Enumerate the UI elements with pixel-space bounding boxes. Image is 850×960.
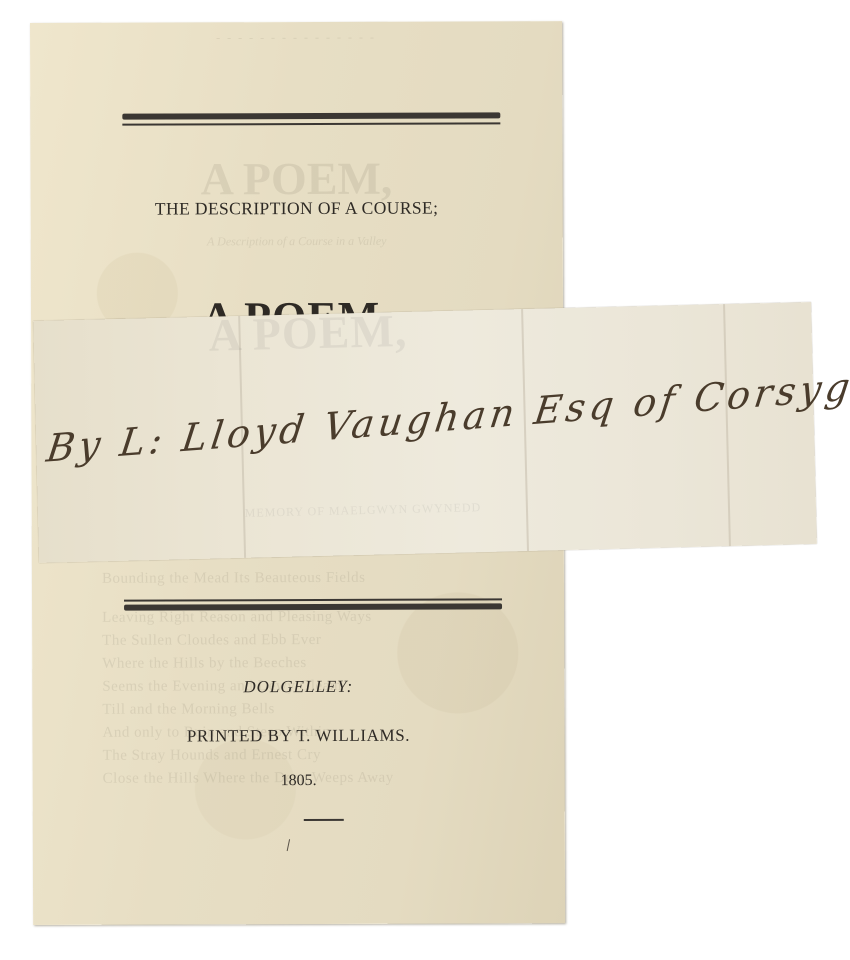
handwritten-attribution: By L: Lloyd Vaughan Esq of Corsygedol bbox=[44, 357, 850, 471]
show-through-line: A Description of a Course in a Valley bbox=[31, 233, 563, 250]
printer-line: PRINTED BY T. WILLIAMS. bbox=[32, 725, 564, 747]
imprint-place: DOLGELLEY: bbox=[32, 676, 564, 698]
top-rule-thick bbox=[122, 112, 500, 119]
slip-fold bbox=[723, 304, 731, 546]
closing-rule bbox=[304, 819, 344, 821]
show-through-header: - - - - - - - - - - - - - - - bbox=[30, 29, 562, 46]
slip-show-through-caption: MEMORY OF MAELGWYN GWYNEDD bbox=[213, 499, 513, 521]
slip-show-through-title: A POEM, bbox=[208, 304, 408, 362]
top-rule-thin bbox=[122, 122, 500, 125]
title-line: THE DESCRIPTION OF A COURSE; bbox=[31, 197, 563, 220]
year: 1805. bbox=[33, 771, 565, 791]
manuscript-slip: A POEM, MEMORY OF MAELGWYN GWYNEDD By L:… bbox=[33, 302, 817, 563]
stray-mark bbox=[287, 839, 290, 851]
